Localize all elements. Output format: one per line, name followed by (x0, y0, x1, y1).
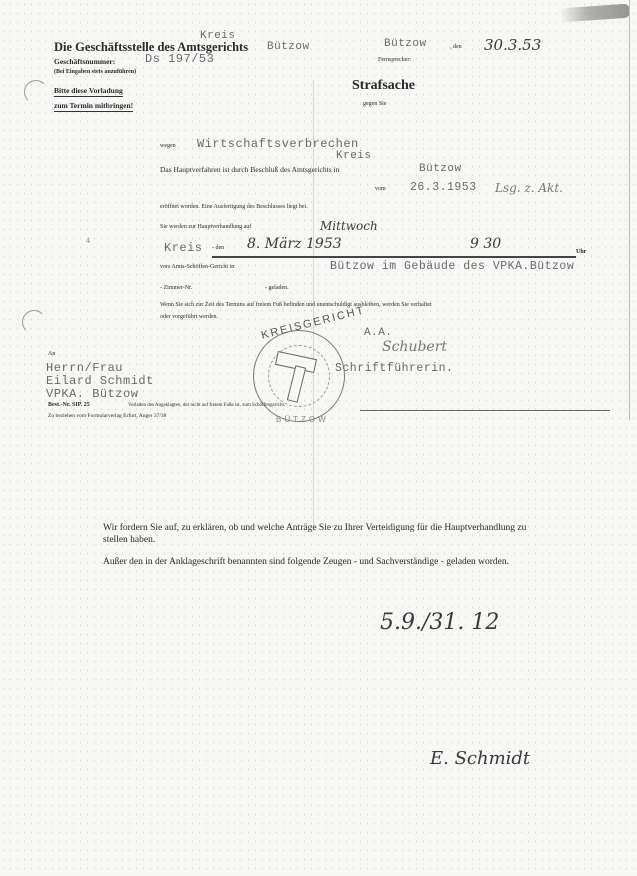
order-number: Best.-Nr. SIP. 25 (48, 402, 90, 408)
bring-notice-line1: Bitte diese Vorladung (54, 86, 123, 97)
den-label: - den (212, 245, 224, 251)
hearing-date: 8. März 1953 (247, 236, 342, 252)
witnesses-paragraph: Außer den in der Anklageschrift benannte… (103, 556, 543, 568)
case-number-label: Geschäftsnummer: (54, 57, 115, 66)
court-insert-kreis: Kreis (336, 150, 372, 162)
clock-label: Uhr (576, 249, 586, 255)
warning-text-2: oder vorgeführt werden. (160, 314, 218, 320)
recipient-to-label: An (48, 351, 55, 357)
court-location: Bützow im Gebäude des VPKA.Bützow (330, 260, 574, 273)
proceedings-text: Das Hauptverfahren ist durch Beschluß de… (160, 165, 339, 174)
office-place: Bützow (267, 41, 310, 53)
signer-role: Schriftführerin. (335, 362, 453, 375)
scribble-mark (560, 4, 631, 23)
footer-rule (360, 410, 610, 411)
bring-notice-line2: zum Termin mitbringen! (54, 101, 133, 112)
document-heading: Strafsache (352, 78, 415, 94)
signer-signature: Schubert (382, 339, 447, 355)
paper-texture (0, 0, 637, 876)
kreis-label: Kreis (164, 241, 203, 255)
offense: Wirtschaftsverbrechen (197, 137, 359, 151)
recipient-name: Eilard Schmidt (46, 374, 154, 388)
court-seal: KREISGERICHT BÜTZOW (253, 330, 345, 422)
phone-label: Fernsprecher: (378, 57, 411, 63)
opened-text: eröffnet worden. Eine Ausfertigung des B… (160, 204, 308, 210)
because-label: wegen (160, 143, 176, 149)
on-behalf-label: A.A. (364, 327, 392, 339)
summoned-label: - geladen. (265, 285, 289, 291)
recipient-salutation: Herrn/Frau (46, 361, 123, 375)
defense-request-paragraph: Wir fordern Sie auf, zu erklären, ob und… (103, 522, 543, 546)
summons-weekday: Mittwoch (320, 219, 378, 233)
proceedings-place: Bützow (419, 163, 462, 175)
seal-text-bottom: BÜTZOW (276, 415, 329, 424)
date-label: , den (450, 44, 462, 50)
page-edge (629, 0, 630, 420)
summons-text: Sie werden zur Hauptverhandlung auf (160, 224, 251, 230)
warning-text: Wenn Sie sich zur Zeit des Termins auf f… (160, 302, 432, 308)
punch-hole-mark-2 (22, 310, 46, 334)
handwritten-signature: E. Schmidt (430, 748, 530, 769)
header-date: 30.3.53 (484, 36, 541, 54)
decision-date: 26.3.1953 (410, 181, 477, 194)
case-number-value: Ds 197/53 (145, 52, 214, 66)
document-subheading: gegen Sie (363, 101, 387, 107)
hearing-time: 9 30 (470, 236, 501, 252)
punch-hole-mark (24, 80, 48, 104)
hearing-underline (212, 256, 576, 258)
publisher-line: Zu beziehen vom Formularverlag Erfurt, A… (48, 413, 166, 419)
handwritten-note: 5.9./31. 12 (380, 610, 499, 635)
margin-number: 4 (86, 236, 90, 245)
case-number-note: (Bei Eingaben stets anzuführen) (54, 69, 136, 75)
form-description: Vorladen des Angeklagten, der nicht auf … (128, 403, 285, 408)
recipient-address: VPKA. Bützow (46, 387, 138, 401)
header-place: Bützow (384, 38, 427, 50)
decision-initials: Lsg. z. Akt. (495, 181, 563, 195)
room-label: - Zimmer-Nr. (160, 285, 192, 291)
before-court-text: vors Amts-Schöffen-Gericht in (160, 264, 234, 270)
from-label: vom (375, 186, 386, 192)
